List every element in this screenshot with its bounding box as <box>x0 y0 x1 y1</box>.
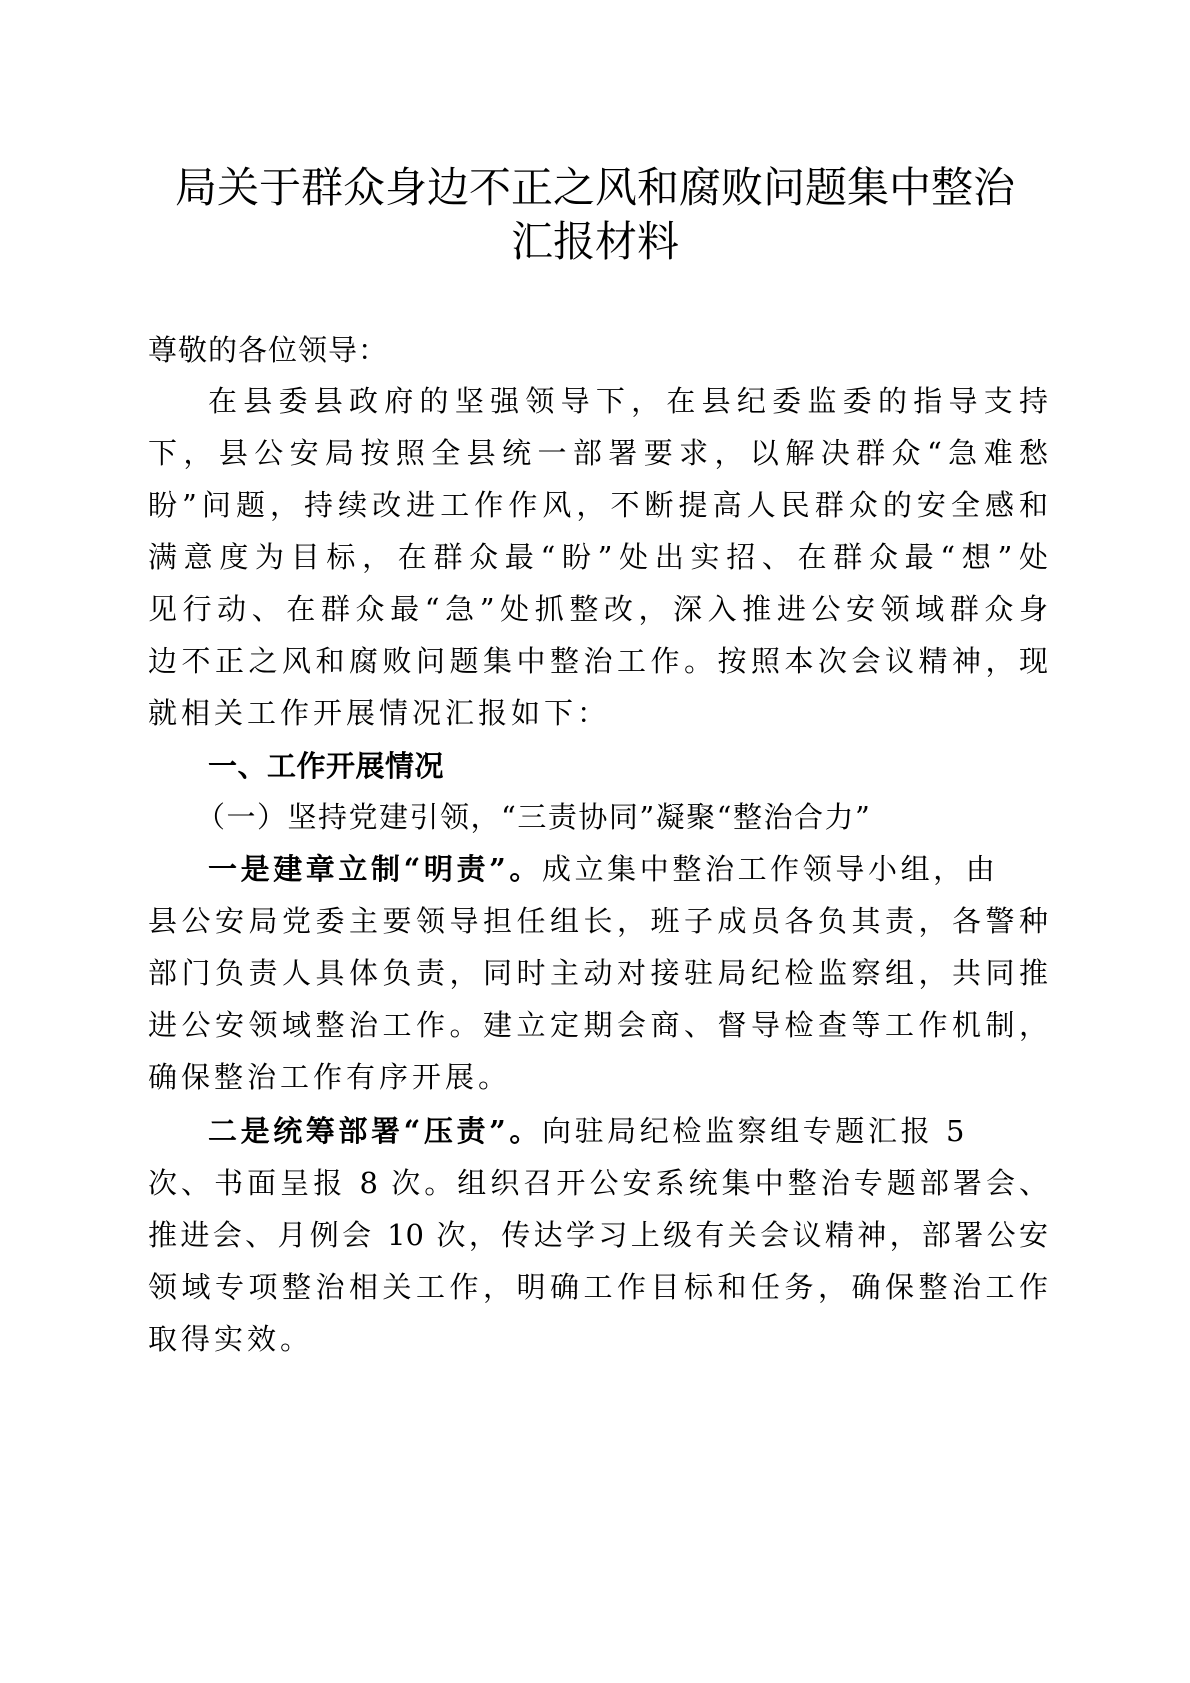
item1-line-3: 部门负责人具体负责，同时主动对接驻局纪检监察组，共同推 <box>148 953 1048 993</box>
section-heading-1: 一、工作开展情况 <box>208 746 1048 786</box>
item1-first-line: 一是建章立制“明责”。成立集中整治工作领导小组，由 <box>208 849 1048 889</box>
document-title-line-1: 局关于群众身边不正之风和腐败问题集中整治 <box>0 160 1190 216</box>
subsection-heading-1: （一）坚持党建引领，“三责协同”凝聚“整治合力” <box>196 797 956 837</box>
item2-first-line-rest: 向驻局纪检监察组专题汇报 5 <box>542 1114 968 1148</box>
item2-lead: 二是统筹部署“压责”。 <box>208 1114 542 1148</box>
item1-line-4: 进公安领域整治工作。建立定期会商、督导检查等工作机制， <box>148 1005 1048 1045</box>
item2-line-5: 取得实效。 <box>148 1319 1048 1359</box>
item2-line-2: 次、书面呈报 8 次。组织召开公安系统集中整治专题部署会、 <box>148 1163 1048 1203</box>
intro-line-4: 满意度为目标，在群众最“盼”处出实招、在群众最“想”处 <box>148 537 1048 577</box>
item2-line-3: 推进会、月例会 10 次，传达学习上级有关会议精神，部署公安 <box>148 1215 1048 1255</box>
item2-first-line: 二是统筹部署“压责”。向驻局纪检监察组专题汇报 5 <box>208 1111 1048 1151</box>
item1-line-2: 县公安局党委主要领导担任组长，班子成员各负其责，各警种 <box>148 901 1048 941</box>
intro-line-5: 见行动、在群众最“急”处抓整改，深入推进公安领域群众身 <box>148 589 1048 629</box>
item1-line-5: 确保整治工作有序开展。 <box>148 1057 1048 1097</box>
item1-first-line-rest: 成立集中整治工作领导小组，由 <box>542 852 998 886</box>
intro-line-7: 就相关工作开展情况汇报如下： <box>148 693 1048 733</box>
intro-line-1: 在县委县政府的坚强领导下，在县纪委监委的指导支持 <box>208 381 1048 421</box>
intro-line-3: 盼”问题，持续改进工作作风，不断提高人民群众的安全感和 <box>148 485 1048 525</box>
item2-line-4: 领域专项整治相关工作，明确工作目标和任务，确保整治工作 <box>148 1267 1048 1307</box>
salutation: 尊敬的各位领导： <box>148 330 1048 370</box>
intro-line-6: 边不正之风和腐败问题集中整治工作。按照本次会议精神，现 <box>148 641 1048 681</box>
item1-lead: 一是建章立制“明责”。 <box>208 852 542 886</box>
document-page: 局关于群众身边不正之风和腐败问题集中整治 汇报材料 尊敬的各位领导： 在县委县政… <box>0 0 1190 1683</box>
document-title-line-2: 汇报材料 <box>0 214 1190 270</box>
intro-line-2: 下，县公安局按照全县统一部署要求，以解决群众“急难愁 <box>148 433 1048 473</box>
